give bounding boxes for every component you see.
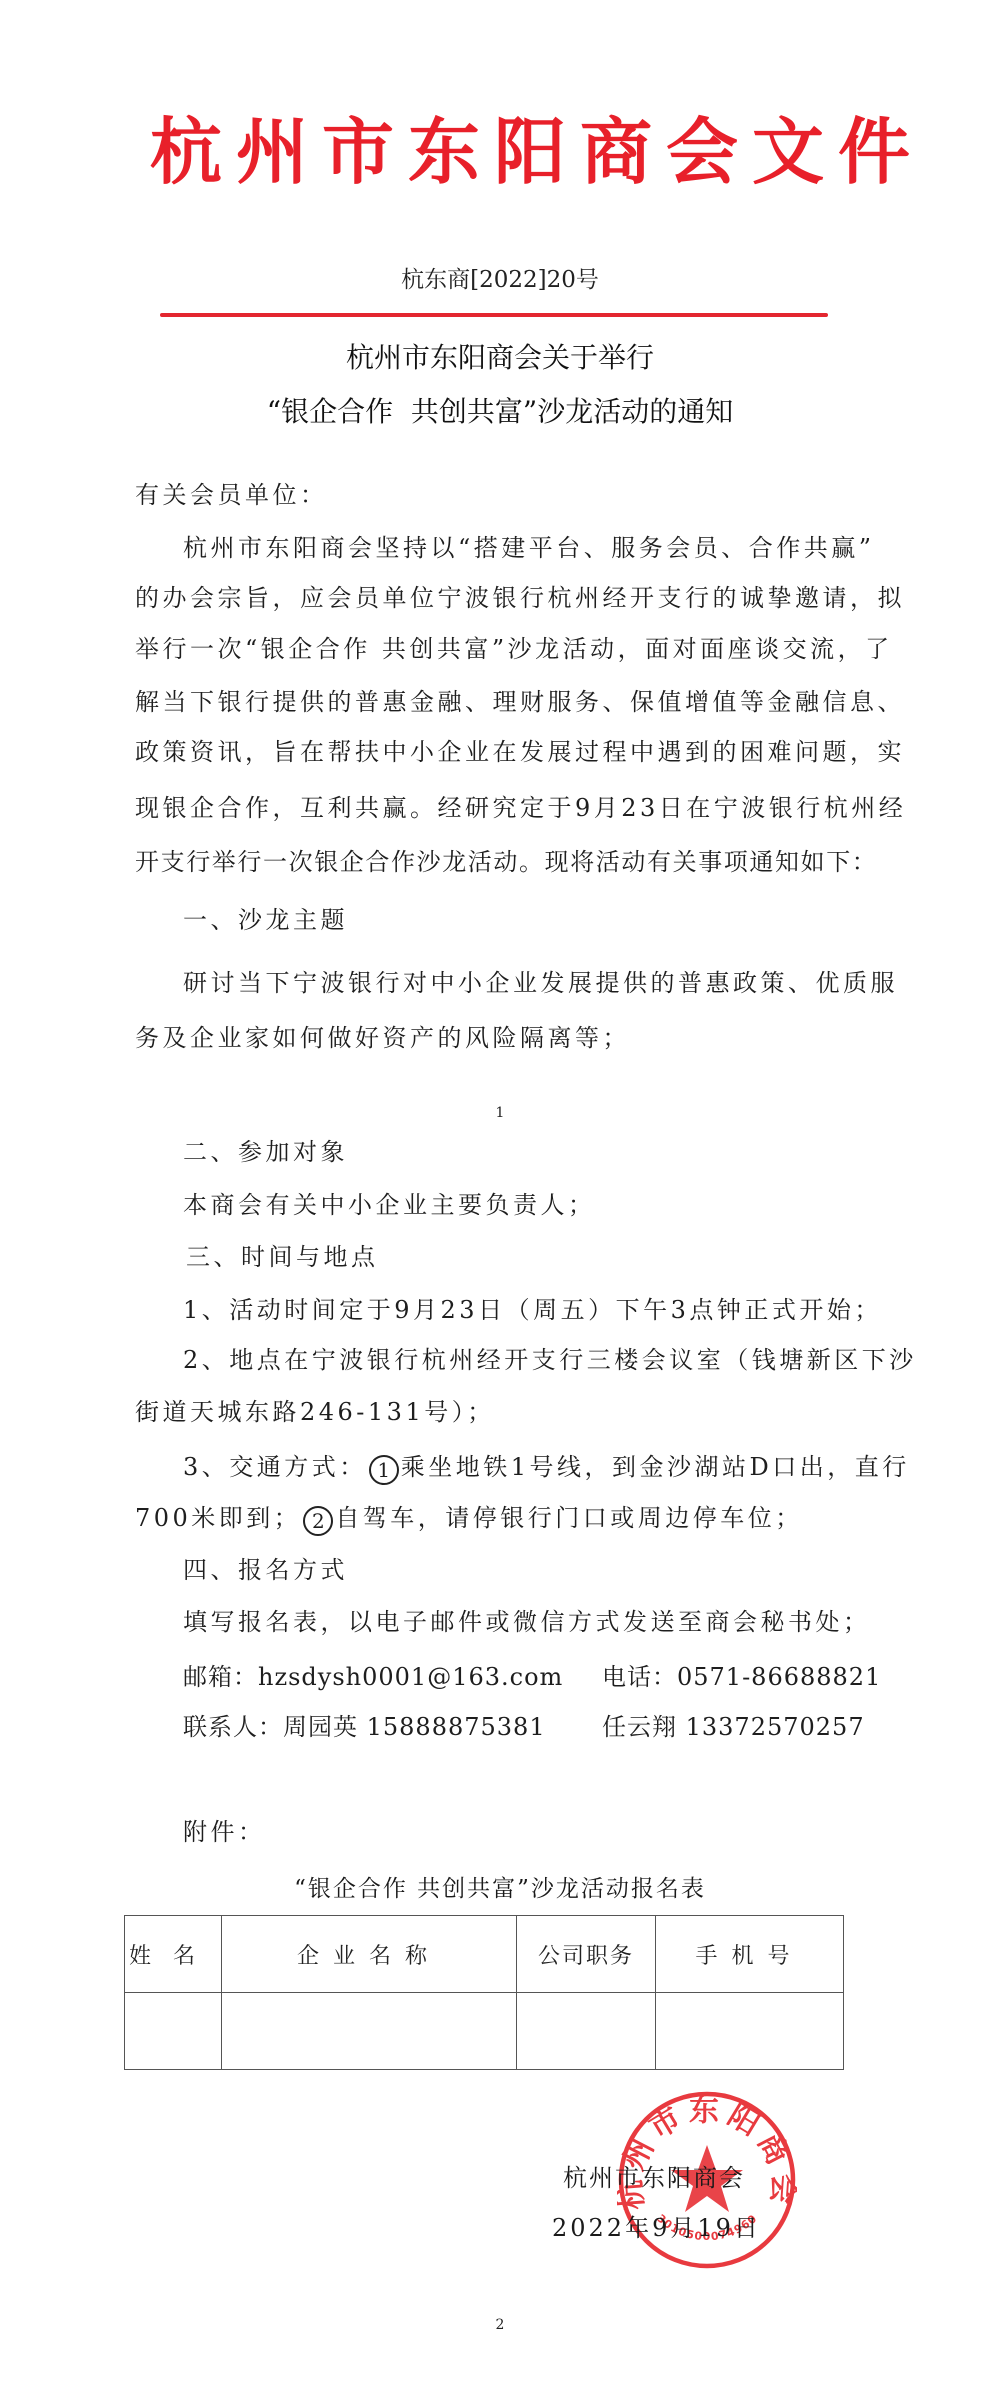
contact-person-1: 联系人：周园英 15888875381	[183, 1709, 546, 1745]
topic-line: 研讨当下宁波银行对中小企业发展提供的普惠政策、优质服	[183, 965, 898, 1001]
table-row	[125, 1993, 844, 2070]
transport-item-line2: 700米即到；2自驾车，请停银行门口或周边停车位；	[135, 1500, 803, 1536]
column-header-phone: 手机号	[656, 1916, 844, 1993]
masthead-title: 杭州市东阳商会文件	[150, 104, 840, 200]
transport-subway: 乘坐地铁1号线，到金沙湖站D口出，直行	[401, 1453, 910, 1481]
transport-prefix: 3、交通方式：	[183, 1453, 367, 1481]
intro-line: 现银企合作，互利共赢。经研究定于9月23日在宁波银行杭州经	[135, 790, 906, 826]
time-item: 1、活动时间定于9月23日（周五）下午3点钟正式开始；	[183, 1292, 882, 1328]
email-contact: 邮箱：hzsdysh0001@163.com	[183, 1659, 563, 1695]
salutation: 有关会员单位：	[135, 477, 328, 513]
intro-line: 举行一次“银企合作 共创共富”沙龙活动，面对面座谈交流，了	[135, 631, 893, 667]
intro-line: 解当下银行提供的普惠金融、理财服务、保值增值等金融信息、	[135, 684, 905, 720]
section-heading-time-place: 三、时间与地点	[186, 1239, 379, 1275]
signing-organization: 杭州市东阳商会	[563, 2161, 745, 2195]
phone-contact: 电话：0571-86688821	[602, 1659, 881, 1695]
column-header-company: 企业名称	[222, 1916, 517, 1993]
signing-date: 2022年9月19日	[552, 2211, 761, 2245]
cell-position[interactable]	[517, 1993, 656, 2070]
transport-item-line1: 3、交通方式：1乘坐地铁1号线，到金沙湖站D口出，直行	[183, 1449, 910, 1485]
topic-line: 务及企业家如何做好资产的风险隔离等；	[135, 1020, 630, 1056]
registration-text: 填写报名表，以电子邮件或微信方式发送至商会秘书处；	[183, 1604, 871, 1640]
cell-name[interactable]	[125, 1993, 222, 2070]
section-heading-registration: 四、报名方式	[183, 1552, 348, 1588]
signup-table-title: “银企合作 共创共富”沙龙活动报名表	[0, 1872, 1000, 1906]
table-header-row: 姓名 企业名称 公司职务 手机号	[125, 1916, 844, 1993]
section-heading-topic: 一、沙龙主题	[183, 902, 348, 938]
circled-number-1: 1	[369, 1455, 399, 1485]
participants-text: 本商会有关中小企业主要负责人；	[183, 1187, 596, 1223]
intro-line: 开支行举行一次银企合作沙龙活动。现将活动有关事项通知如下：	[135, 844, 877, 880]
intro-line: 杭州市东阳商会坚持以“搭建平台、服务会员、合作共赢”	[183, 530, 875, 566]
notice-title-line2: “银企合作 共创共富”沙龙活动的通知	[0, 392, 1000, 432]
page-number: 2	[0, 2315, 1000, 2335]
notice-title-line1: 杭州市东阳商会关于举行	[0, 338, 1000, 378]
signup-table: 姓名 企业名称 公司职务 手机号	[124, 1915, 844, 2070]
place-item-line1: 2、地点在宁波银行杭州经开支行三楼会议室（钱塘新区下沙	[183, 1342, 917, 1378]
red-divider	[160, 313, 828, 317]
intro-line: 政策资讯，旨在帮扶中小企业在发展过程中遇到的困难问题，实	[135, 734, 905, 770]
intro-line: 的办会宗旨，应会员单位宁波银行杭州经开支行的诚挚邀请，拟	[135, 580, 905, 616]
contact-person-2: 任云翔 13372570257	[602, 1709, 865, 1745]
column-header-name: 姓名	[125, 1916, 222, 1993]
transport-drive: 自驾车，请停银行门口或周边停车位；	[335, 1504, 803, 1532]
page-number: 1	[0, 1103, 1000, 1123]
cell-company[interactable]	[222, 1993, 517, 2070]
transport-walk: 700米即到；	[135, 1504, 301, 1532]
section-heading-participants: 二、参加对象	[183, 1134, 348, 1170]
cell-phone[interactable]	[656, 1993, 844, 2070]
place-item-line2: 街道天城东路246-131号）；	[135, 1394, 495, 1430]
document-number: 杭东商[2022]20号	[0, 264, 1000, 296]
column-header-position: 公司职务	[517, 1916, 656, 1993]
circled-number-2: 2	[303, 1506, 333, 1536]
attachment-label: 附件：	[183, 1814, 266, 1850]
